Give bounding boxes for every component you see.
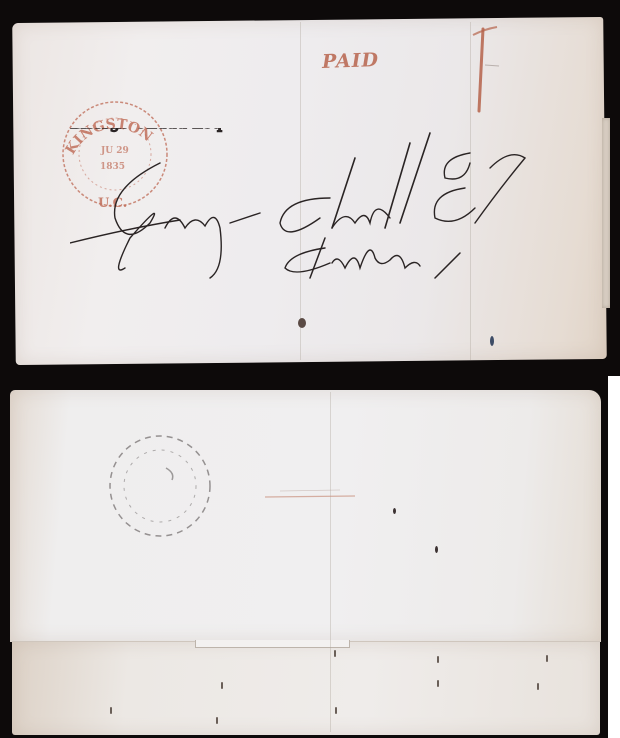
rate-manuscript-mark: 1 bbox=[465, 25, 505, 115]
image-edge bbox=[608, 376, 620, 738]
svg-text:1: 1 bbox=[465, 25, 475, 29]
receiving-postmark: circular datestamp (faint, illegible) bbox=[100, 428, 220, 543]
paid-handstamp: PAID bbox=[322, 49, 380, 73]
svg-text:circular datestamp (faint, ill: circular datestamp (faint, illegible) bbox=[100, 428, 220, 432]
svg-text:Picton: Picton bbox=[70, 128, 121, 132]
pin-hole bbox=[110, 707, 112, 714]
cover-back bbox=[10, 390, 601, 642]
pin-hole bbox=[221, 682, 223, 689]
pin-hole bbox=[546, 655, 548, 662]
manuscript-address: George Chadd Esq Picton bbox=[70, 128, 530, 288]
ink-spot bbox=[435, 546, 438, 553]
cover-front-flap-edge bbox=[602, 118, 610, 308]
fold-tab bbox=[195, 640, 350, 648]
manuscript-pen-stroke bbox=[260, 485, 360, 505]
ink-blot bbox=[490, 336, 494, 346]
pin-hole bbox=[537, 683, 539, 690]
fold-crease bbox=[330, 392, 331, 732]
pin-hole bbox=[437, 680, 439, 687]
pin-hole bbox=[216, 717, 218, 724]
cover-back-fold bbox=[12, 641, 600, 735]
pin-hole bbox=[335, 707, 337, 714]
pin-hole bbox=[437, 656, 439, 663]
ink-spot bbox=[393, 508, 396, 514]
ink-blot bbox=[298, 318, 306, 328]
pin-hole bbox=[334, 650, 336, 657]
